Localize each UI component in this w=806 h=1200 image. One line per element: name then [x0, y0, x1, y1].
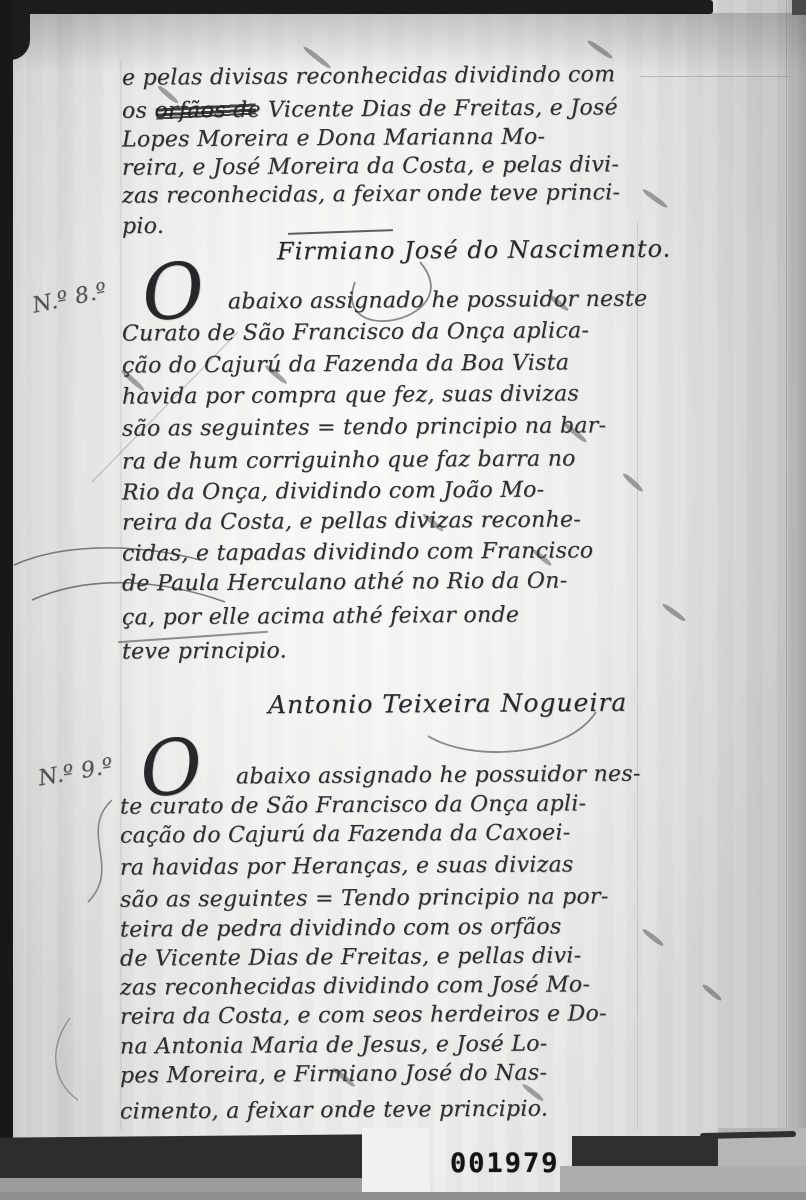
manuscript-line: pio.	[122, 216, 164, 238]
manuscript-line: ça, por elle acima athé feixar onde	[122, 605, 519, 630]
page-edge-line	[786, 0, 787, 1200]
page-number-stamp: 001979	[450, 1148, 560, 1179]
manuscript-line: Curato de São Francisco da Onça aplica-	[122, 320, 589, 345]
signature-heading: Antonio Teixeira Nogueira	[268, 690, 627, 718]
manuscript-line: pes Moreira, e Firmiano José do Nas-	[120, 1063, 547, 1088]
manuscript-line: cimento, a feixar onde teve principio.	[120, 1099, 548, 1124]
scan-corner-mark	[792, 0, 806, 15]
scan-bottom-edge	[0, 1192, 806, 1200]
signature-heading: Firmiano José do Nascimento.	[277, 237, 671, 264]
page-edge-shadow	[788, 0, 806, 1200]
manuscript-line: são as seguintes = tendo principio na ba…	[122, 415, 606, 440]
margin-rule-line	[637, 222, 638, 1130]
manuscript-line: reira da Costa, e com seos herdeiros e D…	[120, 1003, 607, 1028]
manuscript-line: abaixo assignado he possuidor neste	[228, 289, 648, 314]
manuscript-line: havida por compra que fez, suas divizas	[122, 383, 579, 408]
manuscript-line: cidas, e tapadas dividindo com Francisco	[122, 540, 594, 565]
manuscript-line: zas reconhecidas dividindo com José Mo-	[120, 974, 590, 999]
manuscript-line: reira da Costa, e pellas divizas reconhe…	[122, 509, 581, 534]
manuscript-line: cação do Cajurú da Fazenda da Caxoei-	[120, 822, 571, 847]
scan-border-left	[0, 0, 13, 1200]
manuscript-line: de Paula Herculano athé no Rio da On-	[122, 570, 568, 595]
manuscript-line: ra de hum corriguinho que faz barra no	[122, 448, 576, 473]
manuscript-line: abaixo assignado he possuidor nes-	[236, 764, 641, 789]
scan-border-top	[0, 0, 713, 14]
page-guard-strip	[362, 1128, 430, 1200]
manuscript-line: te curato de São Francisco da Onça apli-	[120, 793, 587, 818]
manuscript-line: zas reconhecidas, a feixar onde teve pri…	[122, 182, 620, 207]
manuscript-line: Rio da Onça, dividindo com João Mo-	[122, 480, 545, 505]
scanned-manuscript-page: e pelas divisas reconhecidas dividindo c…	[0, 0, 806, 1200]
scan-band-bottom-left	[0, 1134, 363, 1182]
manuscript-line: são as seguintes = Tendo principio na po…	[120, 886, 609, 911]
manuscript-line: na Antonia Maria de Jesus, e José Lo-	[120, 1034, 548, 1059]
manuscript-line: Lopes Moreira e Dona Marianna Mo-	[122, 127, 545, 152]
manuscript-line: teira de pedra dividindo com os orfãos	[120, 916, 562, 941]
drop-cap-initial: O	[137, 733, 206, 804]
drop-cap-initial: O	[139, 257, 208, 328]
manuscript-line: ção do Cajurú da Fazenda da Boa Vista	[122, 352, 569, 377]
manuscript-line: de Vicente Dias de Freitas, e pellas div…	[120, 945, 582, 970]
manuscript-line: e pelas divisas reconhecidas dividindo c…	[122, 64, 616, 89]
crease-line	[640, 76, 790, 77]
manuscript-line: reira, e José Moreira da Costa, e pelas …	[122, 154, 619, 179]
manuscript-line: teve principio.	[122, 640, 287, 663]
scan-band-bottom-right	[572, 1136, 718, 1166]
manuscript-line: ra havidas por Heranças, e suas divizas	[120, 854, 574, 879]
